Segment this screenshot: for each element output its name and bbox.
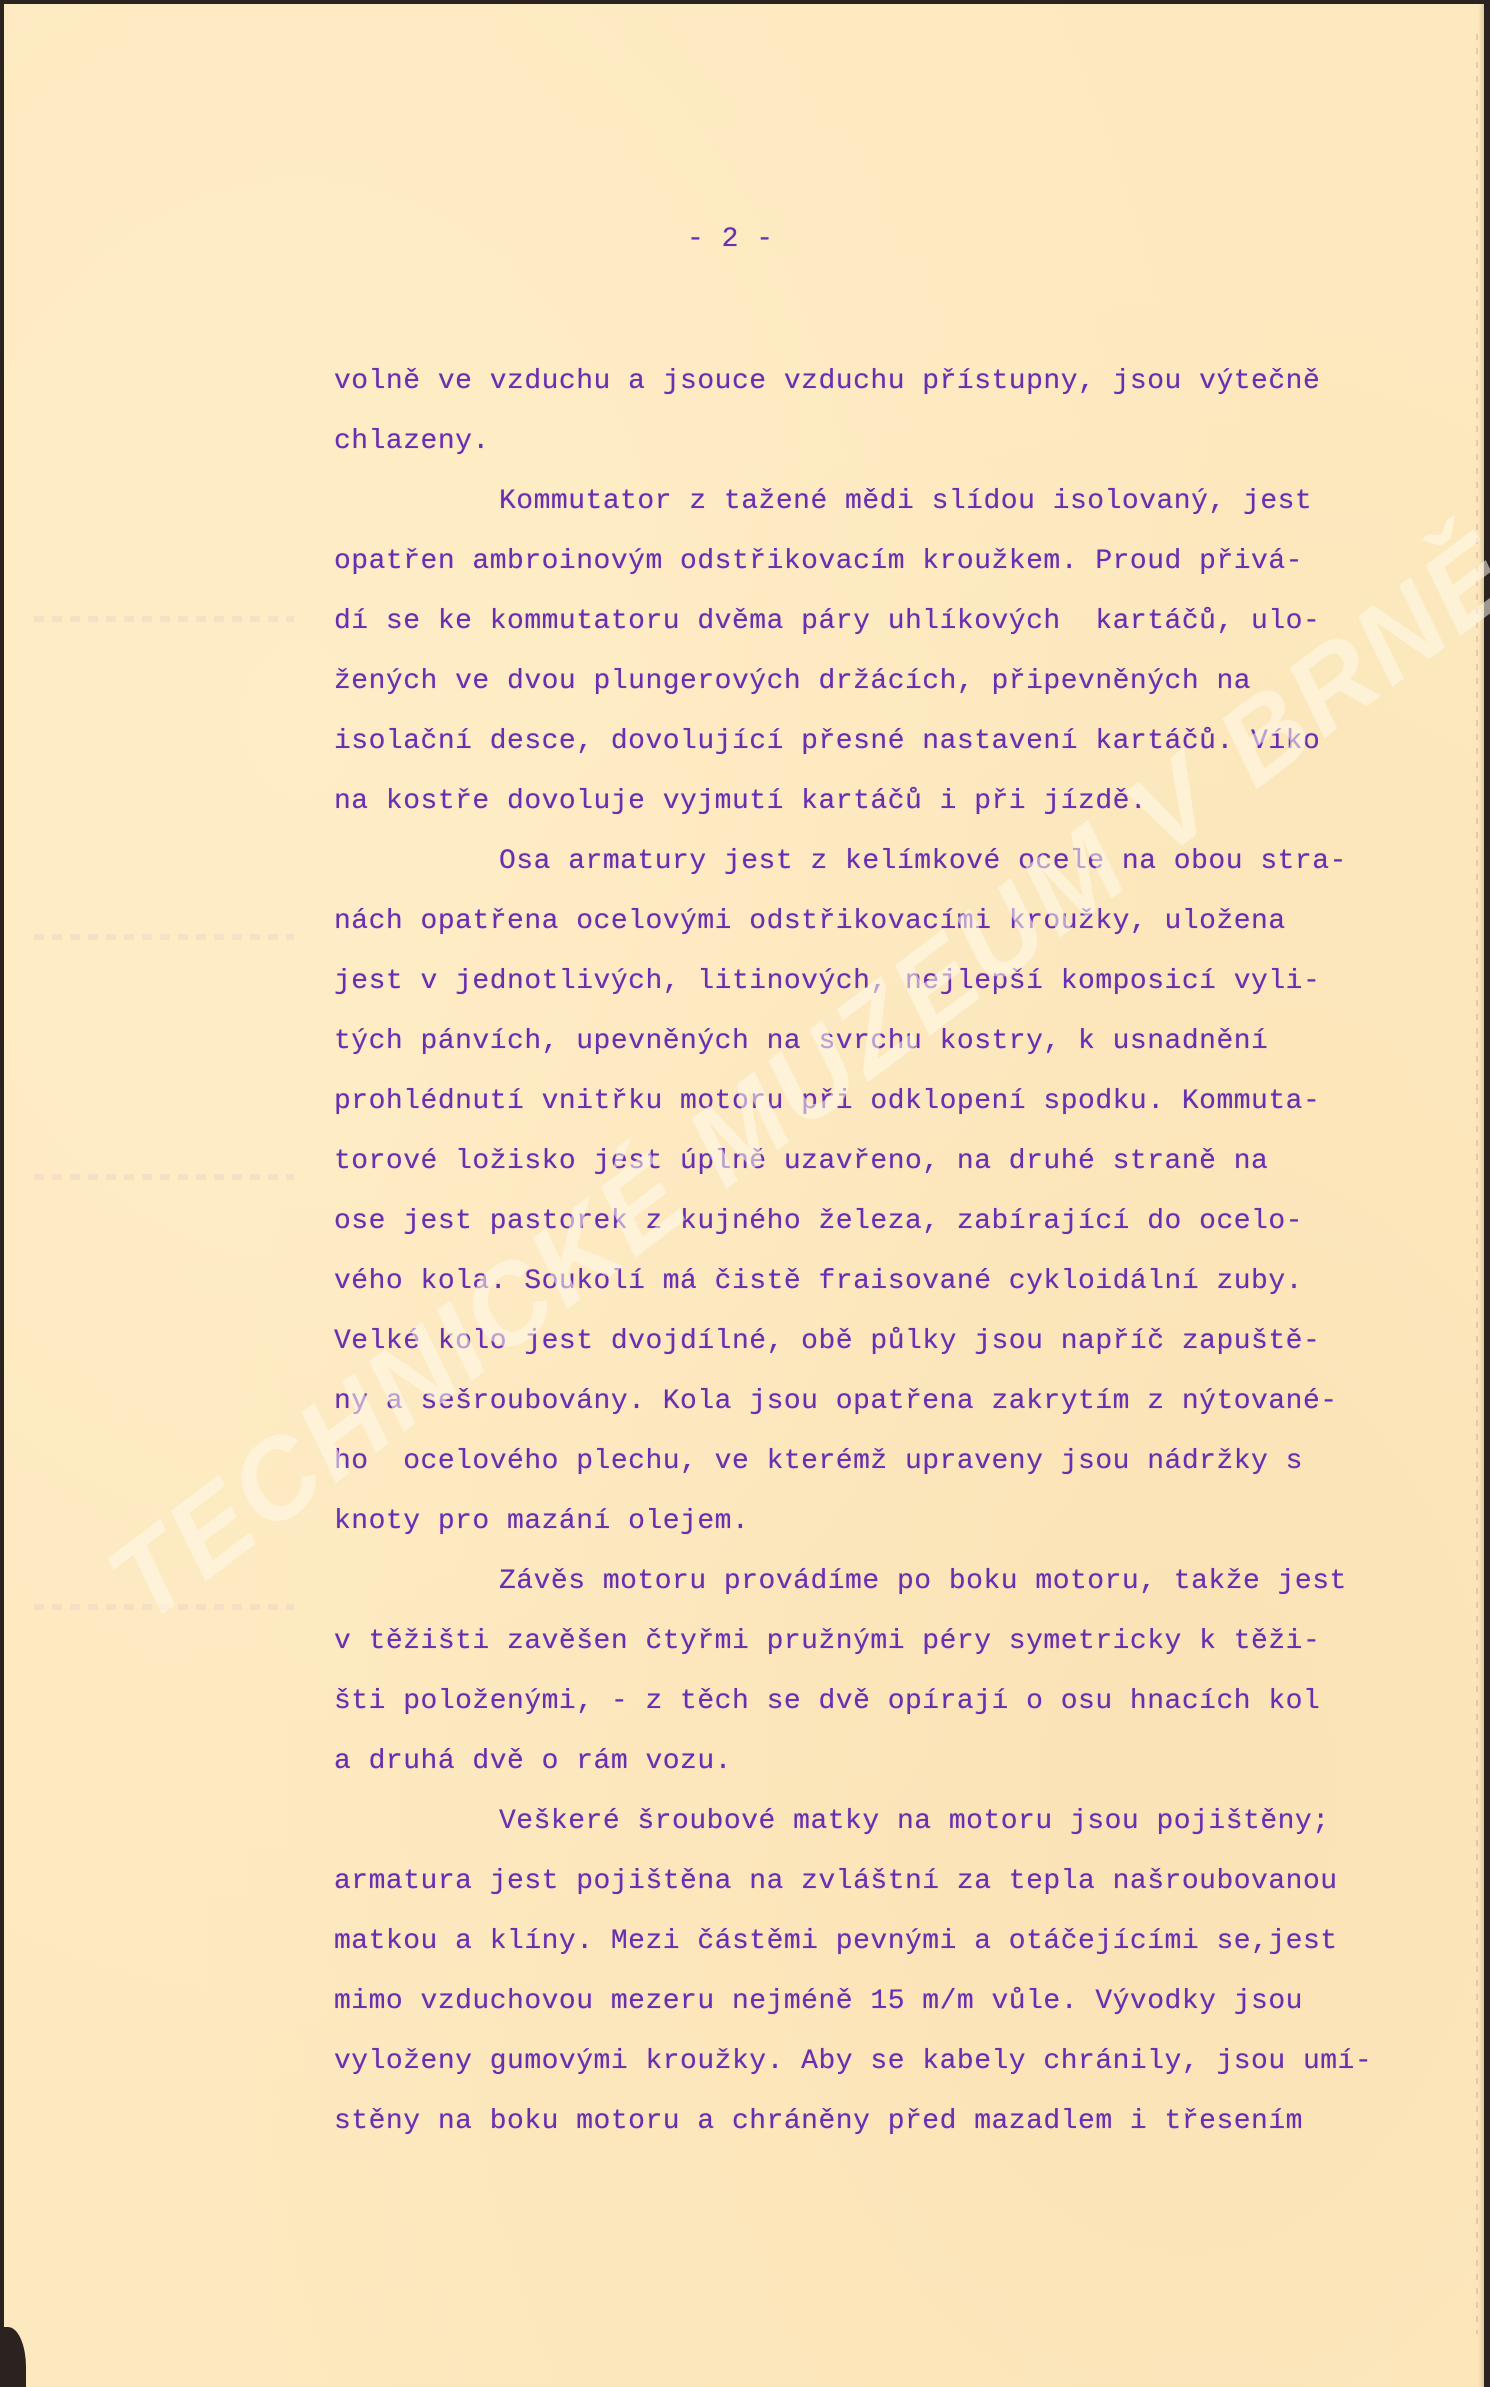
page-edge: [1476, 34, 1478, 2334]
torn-corner: [4, 2327, 26, 2387]
text-line: torové ložisko jest úplně uzavřeno, na d…: [334, 1146, 1268, 1177]
text-line: chlazeny.: [334, 426, 490, 457]
text-line: armatura jest pojištěna na zvláštní za t…: [334, 1866, 1338, 1897]
text-line: šti položenými, - z těch se dvě opírají …: [334, 1686, 1320, 1717]
text-line: a druhá dvě o rám vozu.: [334, 1746, 732, 1777]
text-line: na kostře dovoluje vyjmutí kartáčů i při…: [334, 786, 1147, 817]
text-line: volně ve vzduchu a jsouce vzduchu přístu…: [334, 366, 1320, 397]
bleed-through: [34, 1174, 294, 1180]
text-line: vyloženy gumovými kroužky. Aby se kabely…: [334, 2046, 1372, 2077]
text-line: knoty pro mazání olejem.: [334, 1506, 749, 1537]
bleed-through: [34, 616, 294, 622]
text-line: Veškeré šroubové matky na motoru jsou po…: [499, 1806, 1330, 1837]
text-line: žených ve dvou plungerových držácích, př…: [334, 666, 1251, 697]
text-line: matkou a klíny. Mezi částěmi pevnými a o…: [334, 1926, 1338, 1957]
text-line: tých pánvích, upevněných na svrchu kostr…: [334, 1026, 1268, 1057]
text-line: mimo vzduchovou mezeru nejméně 15 m/m vů…: [334, 1986, 1303, 2017]
text-line: jest v jednotlivých, litinových, nejlepš…: [334, 966, 1320, 997]
text-line: Osa armatury jest z kelímkové ocele na o…: [499, 846, 1347, 877]
bleed-through: [34, 1604, 294, 1610]
text-line: dí se ke kommutatoru dvěma páry uhlíkový…: [334, 606, 1320, 637]
text-line: ny a sešroubovány. Kola jsou opatřena za…: [334, 1386, 1338, 1417]
text-line: isolační desce, dovolující přesné nastav…: [334, 726, 1320, 757]
text-line: ho ocelového plechu, ve kterémž upraveny…: [334, 1446, 1303, 1477]
text-line: Závěs motoru provádíme po boku motoru, t…: [499, 1566, 1347, 1597]
text-line: vého kola. Soukolí má čistě fraisované c…: [334, 1266, 1303, 1297]
text-line: Velké kolo jest dvojdílné, obě půlky jso…: [334, 1326, 1320, 1357]
text-line: v těžišti zavěšen čtyřmi pružnými péry s…: [334, 1626, 1320, 1657]
text-line: ose jest pastorek z kujného železa, zabí…: [334, 1206, 1303, 1237]
text-line: stěny na boku motoru a chráněny před maz…: [334, 2106, 1303, 2137]
page-number: - 2 -: [687, 224, 774, 255]
document-page: - 2 - volně ve vzduchu a jsouce vzduchu …: [4, 4, 1484, 2387]
bleed-through: [34, 934, 294, 940]
text-line: Kommutator z tažené mědi slídou isolovan…: [499, 486, 1312, 517]
text-line: nách opatřena ocelovými odstřikovacími k…: [334, 906, 1286, 937]
text-line: prohlédnutí vnitřku motoru při odklopení…: [334, 1086, 1320, 1117]
text-line: opatřen ambroinovým odstřikovacím kroužk…: [334, 546, 1303, 577]
